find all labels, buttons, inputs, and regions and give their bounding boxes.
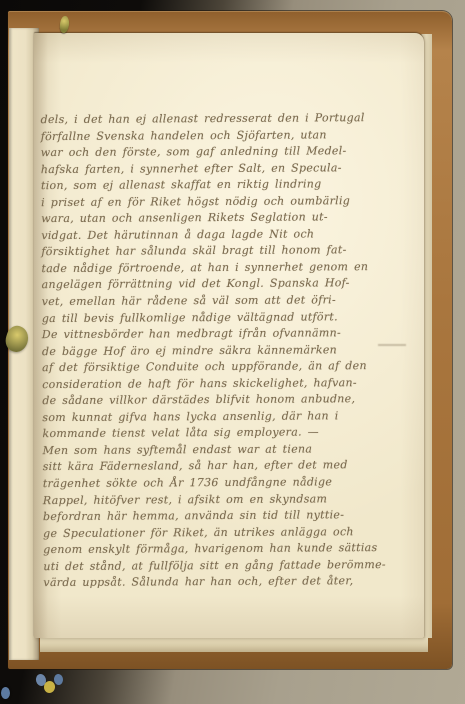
headband-stitches-bottom <box>34 672 68 702</box>
manuscript-line: värda uppsåt. Sålunda har han och, efter… <box>43 573 403 592</box>
headband-thread-corner <box>1 687 10 699</box>
manuscript-photo: dels, i det han ej allenast redresserat … <box>0 0 465 704</box>
manuscript-text-block: dels, i det han ej allenast redresserat … <box>41 110 404 592</box>
manuscript-line: de sådane villkor därstädes blifvit hono… <box>42 391 402 410</box>
manuscript-line: dels, i det han ej allenast redresserat … <box>41 110 401 129</box>
headband-thread-blue <box>53 674 63 686</box>
manuscript-line: af det försiktige Conduite och uppförand… <box>42 358 402 377</box>
manuscript-line: i priset af en för Riket högst nödig och… <box>41 193 401 212</box>
manuscript-line: angelägen förrättning vid det Kongl. Spa… <box>42 275 402 294</box>
manuscript-line: genom enskylt förmåga, hvarigenom han ku… <box>43 540 403 559</box>
bottom-page-stack-edge <box>40 638 428 652</box>
